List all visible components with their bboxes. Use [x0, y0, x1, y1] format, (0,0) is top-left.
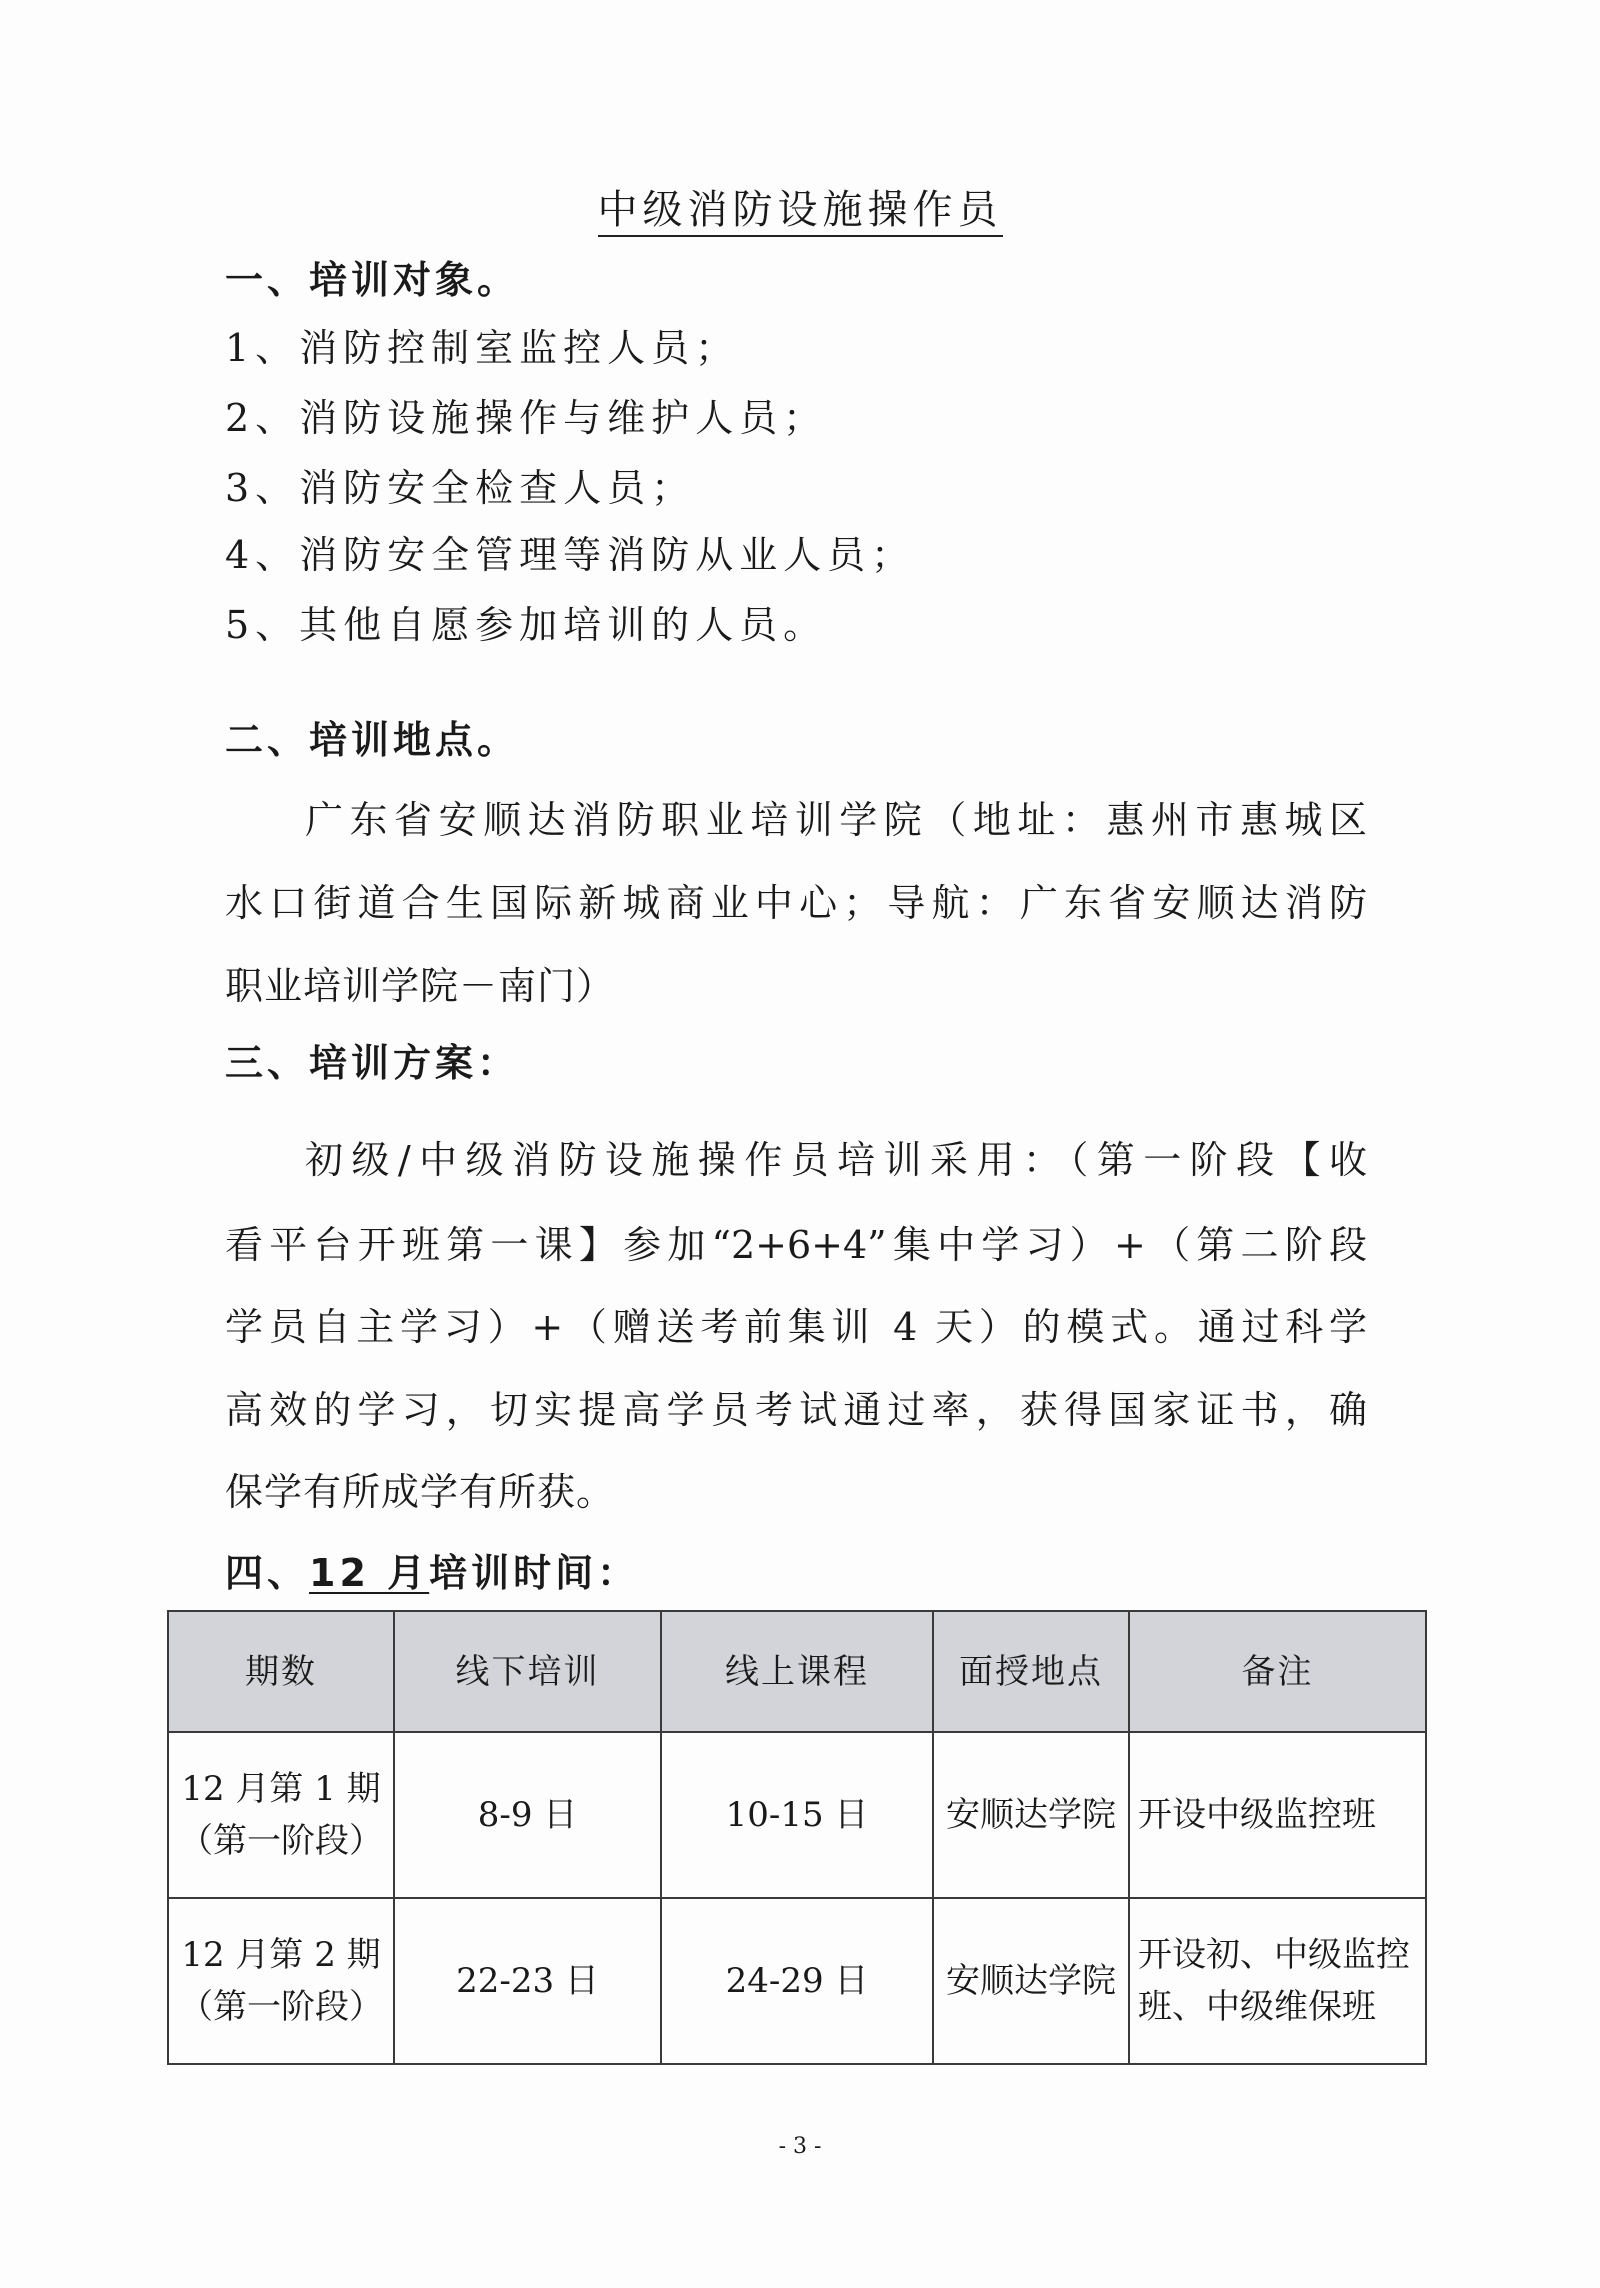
document-title: 中级消防设施操作员 — [0, 186, 1600, 234]
column-header-location: 面授地点 — [933, 1611, 1129, 1732]
column-header-period: 期数 — [168, 1611, 394, 1732]
address-line: 广东省安顺达消防职业培训学院（地址：惠州市惠城区 — [305, 797, 1367, 843]
cell-online: 24-29 日 — [661, 1898, 933, 2064]
address-line: 水口街道合生国际新城商业中心；导航：广东省安顺达消防 — [225, 880, 1367, 926]
plan-paragraph-line: 学员自主学习）+（赠送考前集训 4 天）的模式。通过科学 — [225, 1304, 1367, 1350]
cell-note: 开设中级监控班 — [1129, 1732, 1426, 1898]
cell-period: 12 月第 2 期（第一阶段） — [168, 1898, 394, 2064]
document-page: 中级消防设施操作员 一、培训对象。 1、消防控制室监控人员； 2、消防设施操作与… — [0, 0, 1600, 2288]
plan-paragraph-line: 高效的学习，切实提高学员考试通过率，获得国家证书，确 — [225, 1387, 1367, 1433]
column-header-note: 备注 — [1129, 1611, 1426, 1732]
section-heading-trainees: 一、培训对象。 — [225, 257, 519, 303]
list-item: 2、消防设施操作与维护人员； — [225, 395, 827, 441]
plan-paragraph-line: 初级/中级消防设施操作员培训采用：（第一阶段【收 — [305, 1137, 1367, 1183]
list-item: 4、消防安全管理等消防从业人员； — [225, 532, 915, 578]
table-row: 12 月第 2 期（第一阶段） 22-23 日 24-29 日 安顺达学院 开设… — [168, 1898, 1426, 2064]
cell-location: 安顺达学院 — [933, 1732, 1129, 1898]
column-header-offline: 线下培训 — [394, 1611, 661, 1732]
cell-period: 12 月第 1 期（第一阶段） — [168, 1732, 394, 1898]
cell-online: 10-15 日 — [661, 1732, 933, 1898]
list-item: 3、消防安全检查人员； — [225, 465, 695, 511]
section-heading-plan: 三、培训方案： — [225, 1040, 519, 1086]
table-header-row: 期数 线下培训 线上课程 面授地点 备注 — [168, 1611, 1426, 1732]
section-heading-location: 二、培训地点。 — [225, 717, 519, 763]
cell-offline: 22-23 日 — [394, 1898, 661, 2064]
list-item: 1、消防控制室监控人员； — [225, 325, 739, 371]
table-row: 12 月第 1 期（第一阶段） 8-9 日 10-15 日 安顺达学院 开设中级… — [168, 1732, 1426, 1898]
column-header-online: 线上课程 — [661, 1611, 933, 1732]
section-heading-schedule: 四、12 月培训时间： — [225, 1550, 639, 1596]
plan-paragraph-line: 看平台开班第一课】参加“2+6+4”集中学习）+（第二阶段 — [225, 1222, 1367, 1268]
schedule-table: 期数 线下培训 线上课程 面授地点 备注 12 月第 1 期（第一阶段） 8-9… — [167, 1610, 1427, 2065]
cell-offline: 8-9 日 — [394, 1732, 661, 1898]
page-number: - 3 - — [0, 2134, 1600, 2159]
list-item: 5、其他自愿参加培训的人员。 — [225, 602, 827, 648]
plan-paragraph-line: 保学有所成学有所获。 — [225, 1469, 615, 1515]
cell-note: 开设初、中级监控班、中级维保班 — [1129, 1898, 1426, 2064]
cell-location: 安顺达学院 — [933, 1898, 1129, 2064]
month-underlined: 12 月 — [309, 1551, 429, 1595]
address-line: 职业培训学院－南门） — [225, 963, 615, 1009]
